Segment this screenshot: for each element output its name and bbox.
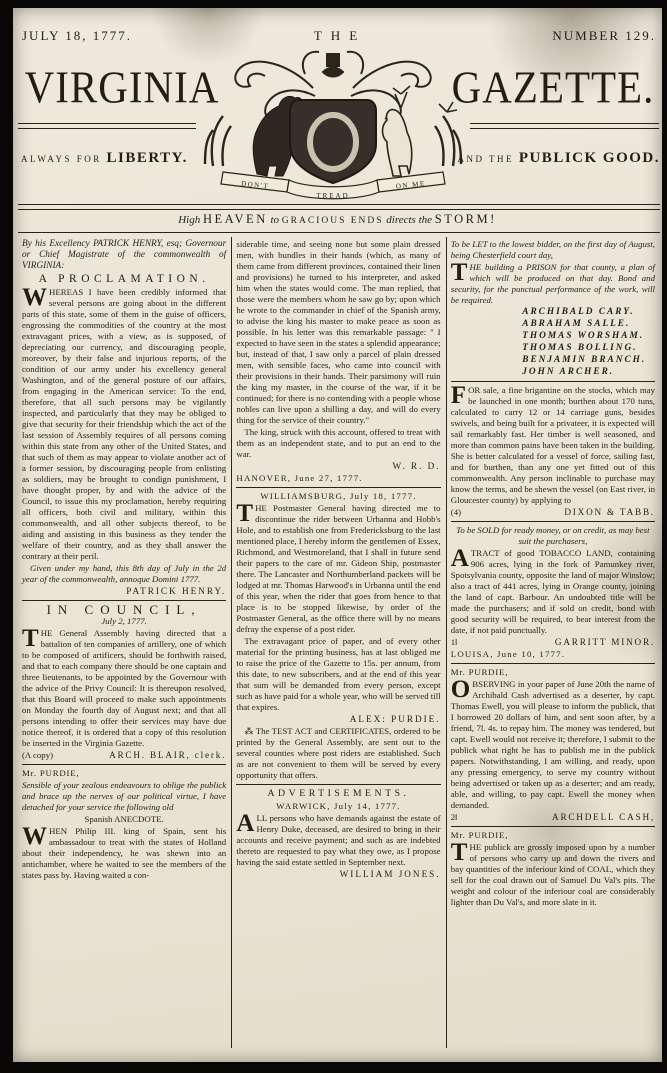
insertion-mark: 2‖ bbox=[451, 812, 458, 823]
council-attestation: (A copy)ARCH. BLAIR, clerk. bbox=[22, 750, 226, 761]
issue-number: NUMBER 129. bbox=[552, 28, 656, 44]
insertion-mark: (A copy) bbox=[22, 750, 53, 761]
anecdote-conclusion: The king, struck with this account, offe… bbox=[236, 427, 440, 460]
drop-cap: T bbox=[236, 503, 255, 523]
stag-supporter bbox=[383, 86, 412, 176]
proclamation-headline: A PROCLAMATION. bbox=[22, 274, 226, 285]
anecdote-body: WHEN Philip III. king of Spain, sent his… bbox=[22, 826, 226, 881]
signature: BENJAMIN BRANCH. bbox=[522, 355, 655, 366]
council-date: July 2, 1777. bbox=[22, 616, 226, 627]
anecdote-intro: Sensible of your zealous endeavours to o… bbox=[22, 780, 226, 813]
signature: JOHN ARCHER. bbox=[522, 367, 655, 378]
deserter-rebuttal: OBSERVING in your paper of June 20th the… bbox=[451, 679, 655, 811]
signature: THOMAS WORSHAM. bbox=[522, 331, 655, 342]
estate-notice: ALL persons who have demands against the… bbox=[236, 813, 440, 868]
signature: ARCHIBALD CARY. bbox=[522, 307, 655, 318]
drop-cap: A bbox=[236, 813, 256, 833]
article-divider bbox=[22, 600, 226, 601]
signature: PATRICK HENRY. bbox=[22, 586, 226, 597]
dateline-louisa: LOUISA, June 10, 1777. bbox=[451, 649, 655, 660]
insertion-mark: 1‖ bbox=[451, 637, 458, 648]
council-body: THE General Assembly having directed tha… bbox=[22, 628, 226, 749]
crest-motto-text: DON'T bbox=[241, 180, 270, 191]
motto-rule bbox=[18, 232, 660, 233]
slogan-liberty: ALWAYS FOR LIBERTY. bbox=[21, 150, 188, 167]
signature-text: GARRITT MINOR. bbox=[555, 637, 655, 648]
drop-cap: T bbox=[451, 842, 470, 862]
signature-text: ARCH. BLAIR, clerk. bbox=[109, 750, 226, 761]
column-layout: By his Excellency PATRICK HENRY, esq; Go… bbox=[19, 237, 659, 1048]
prison-letting-body: THE building a PRISON for that county, a… bbox=[451, 262, 655, 306]
article-divider bbox=[236, 784, 440, 785]
letter-salutation: Mr. PURDIE, bbox=[22, 768, 226, 779]
motto-word: High bbox=[178, 214, 200, 226]
signature: ALEX: PURDIE. bbox=[236, 714, 440, 725]
anecdote-continued: siderable time, and seeing none but some… bbox=[236, 239, 440, 426]
drop-cap: F bbox=[451, 385, 468, 405]
issue-motto: High HEAVEN to GRACIOUS ENDS directs the… bbox=[13, 212, 662, 227]
newspaper-page: JULY 18, 1777. THE NUMBER 129. VIRGINIA … bbox=[13, 8, 662, 1062]
dateline-williamsburg: WILLIAMSBURG, July 18, 1777. bbox=[236, 491, 440, 502]
drop-cap: T bbox=[22, 628, 41, 648]
slogan-big: LIBERTY. bbox=[107, 150, 188, 166]
slogan-small: AND THE bbox=[457, 154, 514, 164]
motto-word: HEAVEN bbox=[203, 212, 268, 226]
crest-motto-text: TREAD bbox=[316, 192, 349, 200]
signature: (4)DIXON & TABB. bbox=[451, 507, 655, 518]
proclamation-body: WHEREAS I have been credibly informed th… bbox=[22, 287, 226, 562]
dateline-hanover: HANOVER, June 27, 1777. bbox=[236, 473, 440, 484]
signature-text: ARCHDELL CASH, bbox=[552, 812, 655, 823]
signature: 1‖GARRITT MINOR. bbox=[451, 637, 655, 648]
column-3: To be LET to the lowest bidder, on the f… bbox=[448, 237, 659, 1048]
council-headline: IN COUNCIL, bbox=[22, 604, 226, 615]
signature: W. R. D. bbox=[236, 461, 440, 472]
dateline-warwick: WARWICK, July 14, 1777. bbox=[236, 801, 440, 812]
drop-cap: W bbox=[22, 287, 49, 307]
slogan-big: PUBLICK GOOD. bbox=[519, 150, 660, 166]
land-sale-intro: To be SOLD for ready money, or on credit… bbox=[451, 525, 655, 547]
prison-letting-intro: To be LET to the lowest bidder, on the f… bbox=[451, 239, 655, 261]
drop-cap: T bbox=[451, 262, 470, 282]
article-divider bbox=[451, 521, 655, 522]
proclamation-attestation: Given under my hand, this 8th day of Jul… bbox=[22, 563, 226, 585]
insertion-mark: (4) bbox=[451, 507, 461, 518]
title-virginia: VIRGINIA bbox=[22, 60, 222, 114]
proclamation-byline: By his Excellency PATRICK HENRY, esq; Go… bbox=[22, 239, 226, 272]
column-divider bbox=[231, 237, 232, 1048]
motto-word: to bbox=[270, 214, 279, 226]
motto-word: GRACIOUS ENDS bbox=[282, 216, 384, 226]
signature: ABRAHAM SALLE. bbox=[522, 319, 655, 330]
column-2: siderable time, and seeing none but some… bbox=[233, 237, 444, 1048]
coat-of-arms: DON'T TREAD ON ME bbox=[195, 46, 471, 204]
slogan-publick-good: AND THE PUBLICK GOOD. bbox=[457, 150, 660, 167]
title-gazette: GAZETTE. bbox=[444, 60, 662, 114]
signature-text: DIXON & TABB. bbox=[564, 507, 655, 518]
signature: THOMAS BOLLING. bbox=[522, 343, 655, 354]
land-sale-body: A TRACT of good TOBACCO LAND, containing… bbox=[451, 548, 655, 636]
newspaper-scan: { "masthead": { "date": "JULY 18, 1777."… bbox=[0, 0, 667, 1073]
test-act-notice: ⁂ The TEST ACT and CERTIFICATES, ordered… bbox=[236, 726, 440, 781]
masthead-rule-right bbox=[470, 123, 659, 129]
slogan-small: ALWAYS FOR bbox=[21, 154, 102, 164]
masthead-date-row: JULY 18, 1777. THE NUMBER 129. bbox=[22, 28, 658, 44]
column-divider bbox=[446, 237, 447, 1048]
price-notice: The extravagant price of paper, and of e… bbox=[236, 636, 440, 713]
advertisements-heading: ADVERTISEMENTS. bbox=[236, 788, 440, 799]
article-divider bbox=[451, 381, 655, 382]
drop-cap: A bbox=[451, 548, 471, 568]
article-divider bbox=[451, 826, 655, 827]
anecdote-heading: Spanish ANECDOTE. bbox=[22, 814, 226, 825]
masthead-bottom-rule bbox=[18, 204, 660, 210]
column-1: By his Excellency PATRICK HENRY, esq; Go… bbox=[19, 237, 230, 1048]
letter-salutation: Mr. PURDIE, bbox=[451, 830, 655, 841]
signature: 2‖ARCHDELL CASH, bbox=[451, 812, 655, 823]
letter-salutation: Mr. PURDIE, bbox=[451, 667, 655, 678]
article-divider bbox=[22, 764, 226, 765]
drop-cap: O bbox=[451, 679, 472, 699]
crest-motto-text: ON ME bbox=[396, 179, 427, 190]
coal-warning: THE publick are grossly imposed upon by … bbox=[451, 842, 655, 908]
drop-cap: W bbox=[22, 826, 49, 846]
article-divider bbox=[236, 487, 440, 488]
brigantine-sale: FOR sale, a fine brigantine on the stock… bbox=[451, 385, 655, 506]
postmaster-notice: THE Postmaster General having directed m… bbox=[236, 503, 440, 635]
motto-word: STORM! bbox=[435, 212, 497, 226]
motto-word: the bbox=[419, 214, 432, 226]
motto-word: directs bbox=[386, 214, 416, 226]
signature: WILLIAM JONES. bbox=[236, 869, 440, 880]
article-divider bbox=[451, 663, 655, 664]
masthead-rule-left bbox=[18, 123, 196, 129]
